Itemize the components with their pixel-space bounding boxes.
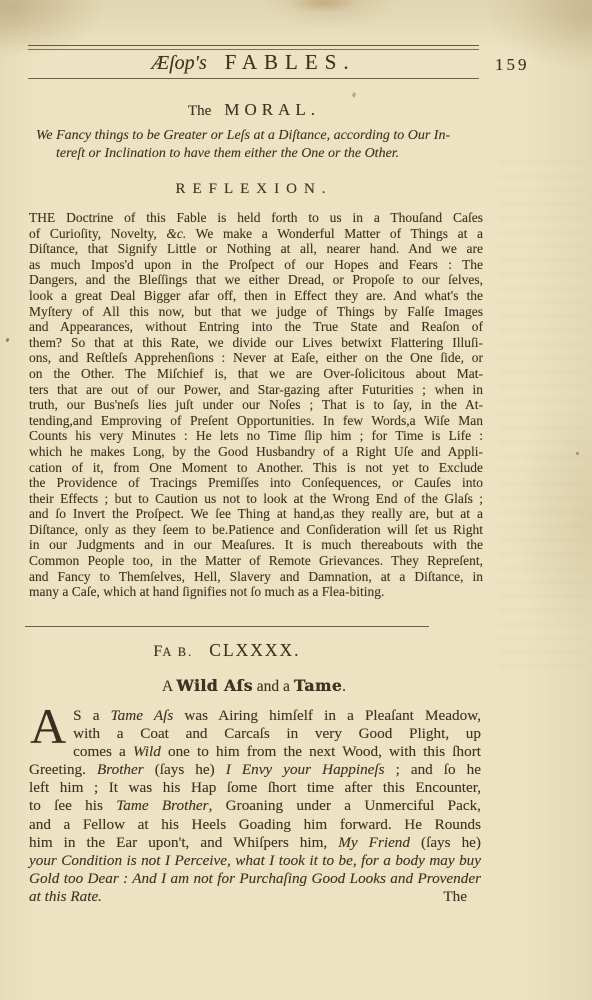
moral-heading-the: The — [188, 103, 211, 119]
text-line: him in the Ear upon't, and Whiſpers him,… — [29, 834, 481, 852]
text-line: ters that are out of our Power, and Star… — [29, 382, 483, 398]
fab-label-smallcaps: A B. — [162, 645, 193, 659]
paper-speck — [576, 452, 579, 455]
paper-speck — [352, 92, 356, 98]
catchword: The — [443, 888, 467, 906]
catchword-row: at this Rate. The — [29, 888, 481, 906]
text-line: them? So that at this Rate, we divide ou… — [29, 335, 483, 351]
text-line: We Fancy things to be Greater or Leſs at… — [36, 127, 506, 145]
text-line: your Condition is not I Perceive, what I… — [29, 852, 481, 870]
text-line: many a Caſe, which at hand ſignifies not… — [29, 584, 483, 600]
text-line: to ſee his Tame Brother, Groaning under … — [29, 797, 481, 815]
fab-label-initial: F — [153, 643, 162, 660]
moral-heading-word: MORAL. — [224, 100, 320, 119]
reflexion-paragraph: THE Doctrine of this Fable is held forth… — [29, 210, 483, 600]
reflexion-heading: REFLEXION. — [28, 181, 480, 198]
drop-cap: A — [29, 707, 73, 745]
text-line: Diſtance, that Signify Little or Nothing… — [29, 241, 483, 257]
text-line: tending,and Emproving of Preſent Opportu… — [29, 413, 483, 429]
text-line: and a Fellow at his Heels Goading him fo… — [29, 816, 481, 834]
text-line: look a great Deal Bigger afar off, then … — [29, 288, 483, 304]
page-showthrough — [498, 150, 584, 670]
text-line: their Effects ; but to Caution us not to… — [29, 491, 483, 507]
text-line: Greeting. Brother (ſays he) I Envy your … — [29, 761, 481, 779]
fable-title: A Wild Aſs and a Tame. — [28, 676, 480, 696]
paper-stain — [288, 0, 358, 12]
section-divider-rule — [25, 626, 429, 627]
text-line: and Fancy to Themſelves, Hell, Slavery a… — [29, 569, 483, 585]
header-underline-rule — [28, 78, 479, 79]
paper-speck — [5, 338, 9, 343]
text-line: and Appearances, without Entring into th… — [29, 319, 483, 335]
text-line: Dangers, and the Bleſſings that we eithe… — [29, 272, 483, 288]
text-line: with a Coat and Carcaſs in very Good Pli… — [29, 725, 481, 743]
book-title-caps: FABLES. — [225, 50, 356, 74]
fable-number-heading: FA B. CLXXXX. — [25, 640, 429, 661]
text-line: cation of it, from One Moment to Another… — [29, 460, 483, 476]
page-number: 159 — [495, 55, 530, 75]
text-line: truth, our Bus'neſs lies juſt under our … — [29, 397, 483, 413]
moral-text: We Fancy things to be Greater or Leſs at… — [36, 127, 506, 163]
text-line: the Providence of Tracings Premiſſes int… — [29, 475, 483, 491]
text-line: at this Rate. — [29, 888, 102, 906]
text-line: which he makes Long, by the Good Husband… — [29, 444, 483, 460]
fable-paragraph: A S a Tame Aſs was Airing himſelf in a P… — [29, 707, 481, 906]
fable-lines-anchor: S a Tame Aſs was Airing himſelf in a Ple… — [29, 707, 481, 888]
text-line: S a Tame Aſs was Airing himſelf in a Ple… — [29, 707, 481, 725]
running-header: Æſop's FABLES. — [28, 50, 479, 75]
text-line: tereſt or Inclination to have them eithe… — [36, 145, 506, 163]
text-line: THE Doctrine of this Fable is held forth… — [29, 210, 483, 226]
text-line: as much Impos'd upon in the Proſpect of … — [29, 257, 483, 273]
book-title-italic: Æſop's — [151, 52, 206, 74]
text-line: and ſo Invert the Proſpect. We ſee Thing… — [29, 506, 483, 522]
text-line: comes a Wild one to him from the next Wo… — [29, 743, 481, 761]
text-line: Gold too Dear : And I am not for Purchaſ… — [29, 870, 481, 888]
text-line: Myſtery of All this now, but that we jud… — [29, 304, 483, 320]
fable-roman-numeral: CLXXXX. — [209, 640, 300, 660]
book-page-scan: Æſop's FABLES. 159 The MORAL. We Fancy t… — [0, 0, 592, 1000]
text-line: in our Judgments and in our Meaſures. It… — [29, 537, 483, 553]
text-line: of Curioſity, Novelty, &c. We make a Won… — [29, 226, 483, 242]
text-line: Diſtance, only as they ſeem to be.Patien… — [29, 522, 483, 538]
text-line: left him ; It was his Hap ſome ſhort tim… — [29, 779, 481, 797]
text-line: Common People too, in the Matter of Remo… — [29, 553, 483, 569]
text-line: Counts his very Minutes : He lets no Tim… — [29, 428, 483, 444]
text-line: on the Other. The Miſchief is, that we a… — [29, 366, 483, 382]
text-line: ons, and Reſtleſs Apprehenſions : Never … — [29, 350, 483, 366]
moral-heading: The MORAL. — [28, 100, 480, 120]
